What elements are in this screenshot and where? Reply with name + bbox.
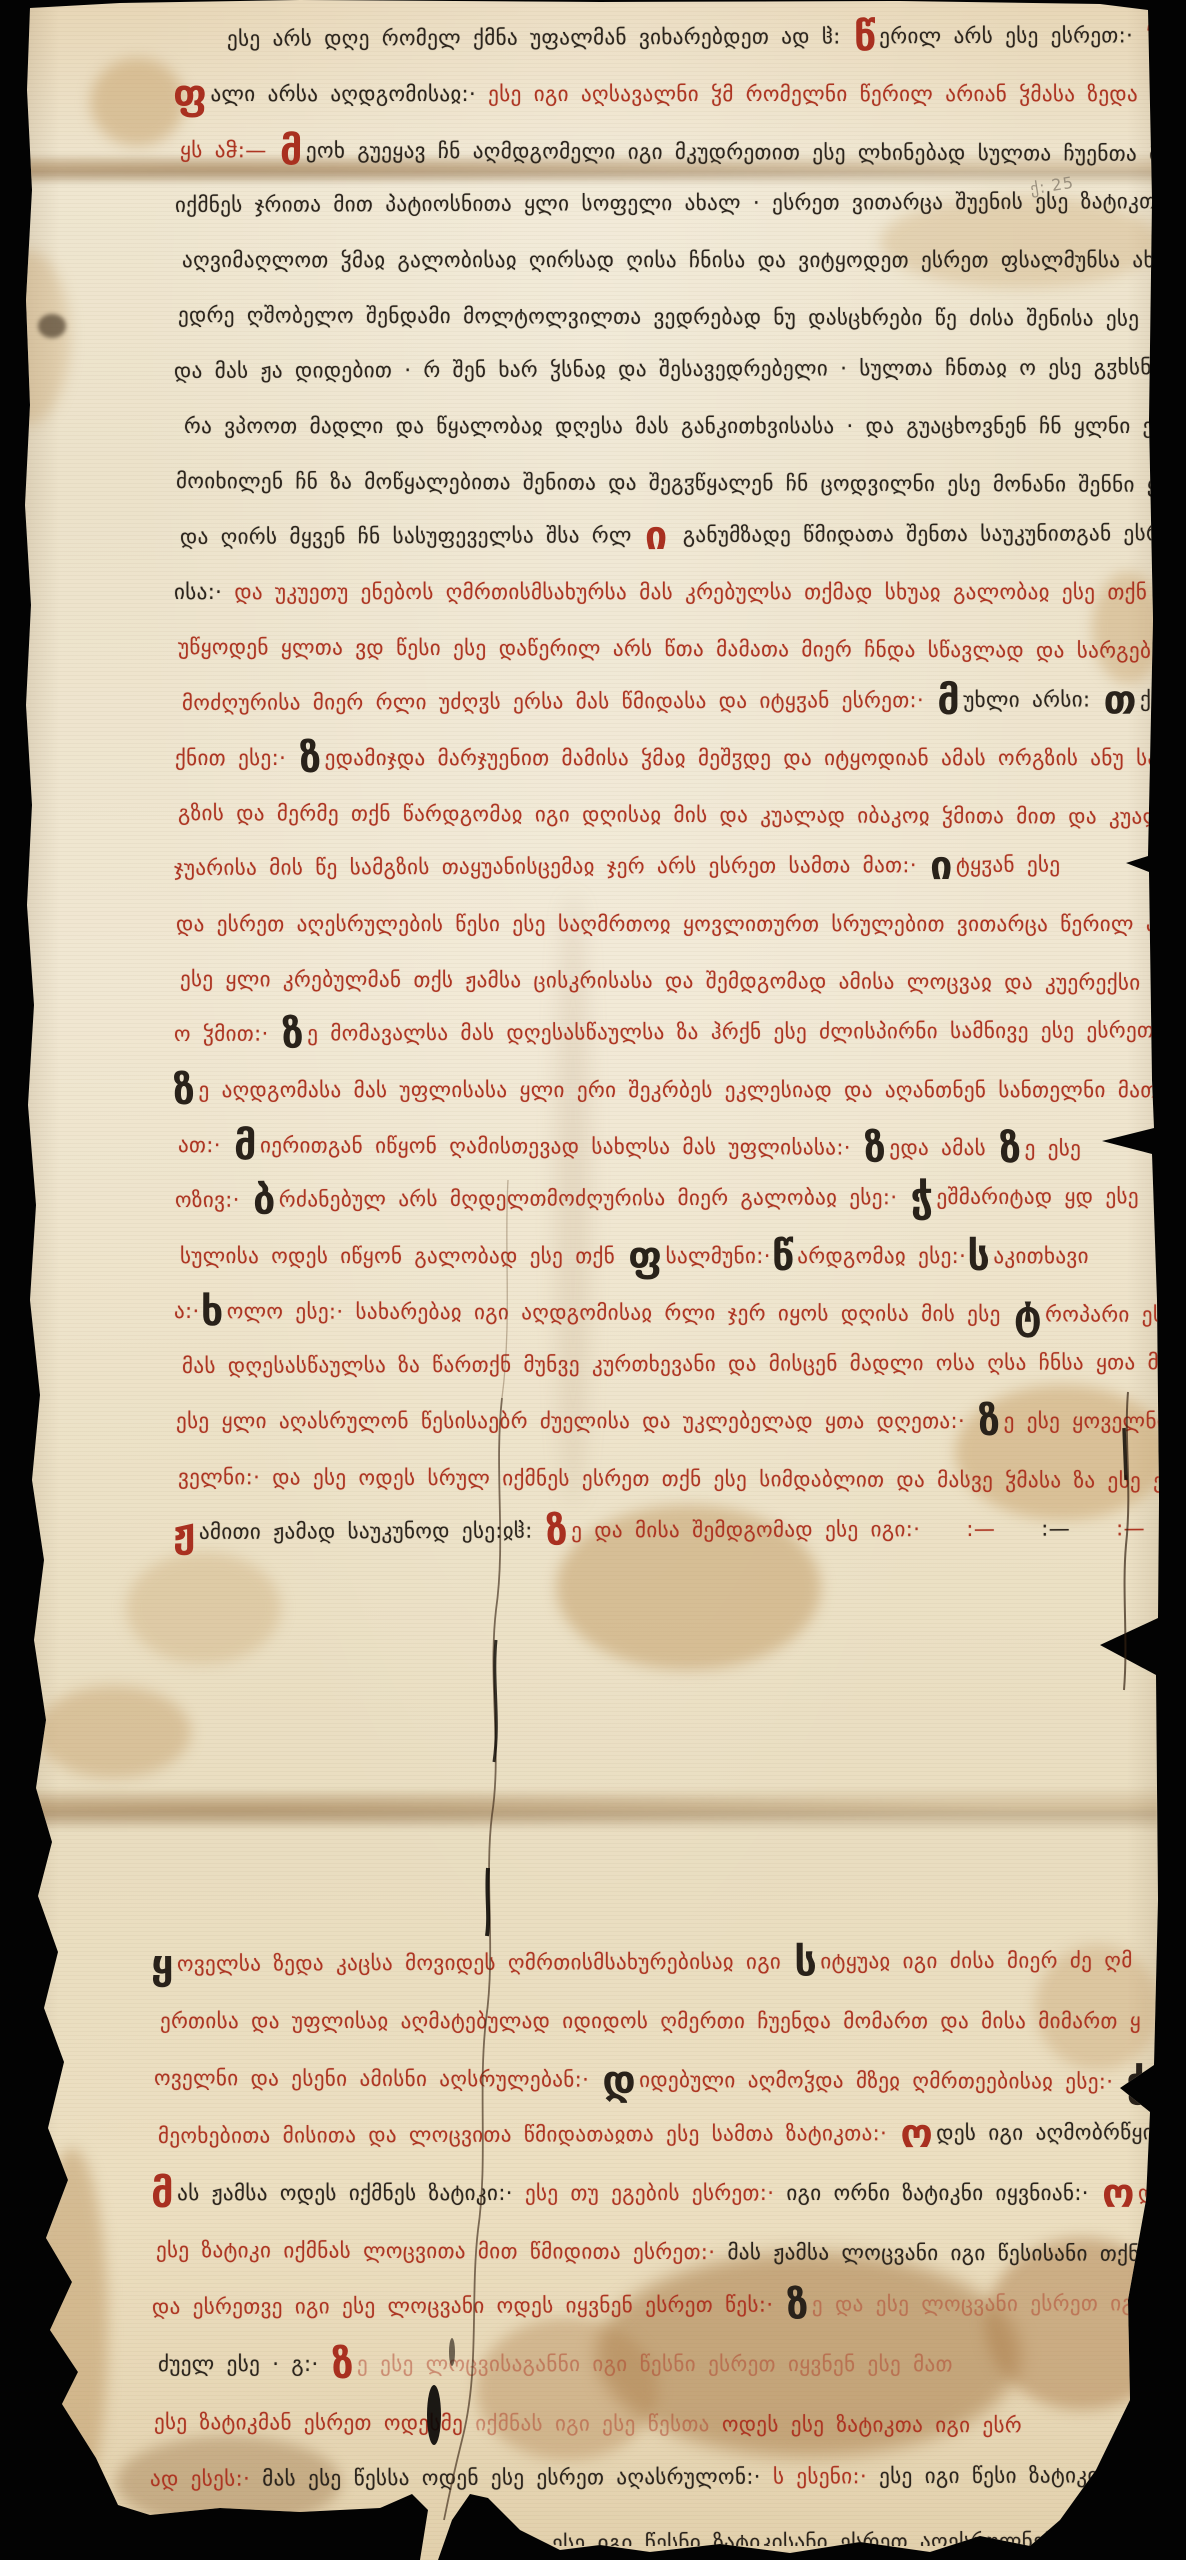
initial-capital: მ bbox=[937, 678, 960, 724]
text-line: ო ჴმით:· ზე მომავალსა მას დღესასწაულსა ზ… bbox=[172, 1003, 1186, 1063]
text-line: მოიხილენ ჩნ ზა მოწყალებითა შენითა და შეგ… bbox=[172, 454, 1186, 514]
ink-text: სალმუნი:· bbox=[666, 1244, 771, 1268]
initial-capital: ყ bbox=[151, 1942, 174, 1988]
text-line: ყოველსა ზედა კაცსა მოვიდეს ღმრთისმსახურე… bbox=[150, 1931, 1186, 1993]
ink-text: ს ესენი:· bbox=[773, 2464, 879, 2488]
text-line: ქნით ესე:· ზედამიჯდა მარჯუენით მამისა ჴმ… bbox=[172, 731, 1186, 786]
initial-capital: მ bbox=[280, 128, 303, 174]
ink-text: ო ჴმით:· bbox=[174, 1022, 281, 1046]
initial-capital: ი bbox=[645, 513, 668, 559]
text-line: ზე აღდგომასა მას უფლისასა ყლი ერი შეკრბე… bbox=[172, 1063, 1186, 1118]
ink-text: ე ესე ყოველნივე bbox=[1004, 1409, 1186, 1433]
text-line: ად ესეს:· მას ესე წესსა ოდენ ესე ესრეთ ა… bbox=[150, 2446, 1186, 2508]
stain-blotch bbox=[126, 1552, 281, 1664]
ink-text: და უკუეთუ ენებოს ღმრთისმსახურსა მას კრებ… bbox=[234, 580, 1186, 604]
text-line: ყს აჵ:— მეოხ გუეყავ ჩნ აღმდგომელი იგი მკ… bbox=[172, 123, 1186, 183]
ink-text: ე და მისა შემდგომად ესე იგი:· bbox=[571, 1517, 920, 1542]
initial-capital: ო bbox=[1102, 2171, 1135, 2217]
text-line: ველნი:· და ესე ოდეს სრულ იქმნეს ესრეთ თქ… bbox=[172, 1450, 1186, 1510]
ink-text: ეშ და bbox=[1152, 2070, 1186, 2094]
text-line: მოძღურისა მიერ რლი უძღჳს ერსა მას წმიდას… bbox=[172, 671, 1186, 731]
ink-text: უწყოდენ ყლთა ვდ წესი ესე დაწერილ არს წთა… bbox=[178, 635, 1186, 663]
ink-text: არდგომაჲ ესე:· bbox=[797, 1244, 966, 1268]
initial-capital: ზ bbox=[999, 1126, 1022, 1172]
ink-text: განუმზადე წმიდათა შენთა საუკუნითგან ესრე… bbox=[671, 521, 1186, 547]
initial-capital: ჭ bbox=[910, 1175, 933, 1221]
ink-text: დეს იგი აღმობრწყინდეს ზატიკნი:— bbox=[936, 2119, 1186, 2145]
ink-text: :— bbox=[1116, 1516, 1145, 1540]
ink-text: ესე იგი წესნი ზატიკისანი ესრეთ აღესრულნე… bbox=[552, 2529, 1152, 2546]
ink-text: ოველნი და ესენი ამისნი აღსრულებან:· bbox=[154, 2066, 601, 2092]
ink-text: მოიხილენ ჩნ ზა მოწყალებითა შენითა და შეგ… bbox=[176, 469, 1186, 497]
initial-capital: წ bbox=[854, 14, 877, 60]
initial-capital: ს bbox=[967, 1234, 990, 1280]
initial-capital: ზ bbox=[546, 1508, 569, 1554]
ink-text: რძანებულ არს მღდელთმოძღურისა მიერ გალობა… bbox=[279, 1185, 910, 1211]
ink-text: იტყუაჲ იგი ძისა მიერ ძე ღმ bbox=[820, 1948, 1132, 1973]
initial-capital: ტ bbox=[1014, 1292, 1043, 1338]
initial-capital: ზ bbox=[332, 2342, 354, 2388]
ink-text: იქმნას იგი ესე წესთა bbox=[475, 2411, 722, 2436]
text-line: ჟამითი ჟამად საუკუნოდ ესე:ჲჱ: ზე და მისა… bbox=[172, 1500, 1186, 1560]
text-line: ისა:· და უკუეთუ ენებოს ღმრთისმსახურსა მა… bbox=[172, 565, 1186, 620]
ink-text: ქნით ესე:· bbox=[175, 746, 298, 770]
ink-text: მას დღესასწაულსა ზა წართქნ მუნვე კურთხევ… bbox=[182, 1350, 1186, 1378]
ink-text: ე ესე bbox=[1025, 1136, 1082, 1160]
initial-capital: ხ bbox=[201, 1289, 224, 1335]
ink-text: მოძღურისა მიერ რლი უძღჳს ერსა მას წმიდას… bbox=[182, 688, 936, 715]
ink-text: :— bbox=[966, 1517, 995, 1541]
initial-capital: უ bbox=[1146, 13, 1170, 59]
initial-capital: ზ bbox=[978, 1399, 1000, 1445]
text-line: ესე იგი წესნი ზატიკისანი ესრეთ აღესრულნე… bbox=[552, 2528, 1152, 2546]
ink-text: ესე ზატიკმან ესრეთ ოდესმე bbox=[154, 2410, 475, 2435]
ink-text: ესე არს დღე რომელ ქმნა უფალმან ვიხარებდე… bbox=[227, 24, 853, 50]
text-line: და მას ჟა დიდებით · რ შენ ხარ ჴსნაჲ და შ… bbox=[172, 339, 1186, 399]
ink-text: ოლო ესე:· სახარებაჲ იგი აღდგომისაჲ რლი ჯ… bbox=[227, 1299, 1013, 1326]
ink-text: ად ესეს:· bbox=[150, 2466, 262, 2490]
ink-text: აკითხავი bbox=[993, 1244, 1089, 1268]
ink-text: და ღირს მყვენ ჩნ სასუფეველსა შსა რლ bbox=[180, 523, 644, 549]
text-line: ესე ყლი აღასრულონ წესისაებრ ძუელისა და უ… bbox=[172, 1394, 1186, 1449]
initial-capital: ი bbox=[930, 843, 953, 889]
ink-text: ედამიჯდა მარჯუენით მამისა ჴმაჲ მეშჳდე და… bbox=[325, 746, 1186, 770]
text-line: აღვიმაღლოთ ჴმაჲ გალობისაჲ ღირსად ღისა ჩნ… bbox=[172, 233, 1186, 288]
manuscript-sheet: ესე არს დღე რომელ ქმნა უფალმან ვიხარებდე… bbox=[0, 0, 1186, 2560]
ink-text: ათ:· bbox=[178, 1133, 233, 1157]
ink-text: აღვიმაღლოთ ჴმაჲ გალობისაჲ ღირსად ღისა ჩნ… bbox=[182, 248, 1186, 272]
ink-text: ესე ყლი აღასრულონ წესისაებრ ძუელისა და უ… bbox=[176, 1409, 977, 1433]
text-line: ფალი არსა აღდგომისაჲ:· ესე იგი აღსავალნი… bbox=[172, 67, 1186, 122]
ink-text: ედა ამას bbox=[889, 1136, 998, 1160]
ink-text: დესმე უფლისა მიერ ესე bbox=[1138, 2181, 1186, 2205]
ink-text: ეოხ გუეყავ ჩნ აღმდგომელი იგი მკუდრეთით ე… bbox=[306, 138, 1186, 166]
lower-text-block: ყოველსა ზედა კაცსა მოვიდეს ღმრთისმსახურე… bbox=[150, 1936, 1186, 2508]
initial-capital: ჟ bbox=[173, 1510, 196, 1556]
ink-text: ედრე ღშობელო შენდამი მოლტოლვილთა ვედრება… bbox=[178, 304, 1186, 332]
fold-seam bbox=[26, 1786, 1158, 1832]
ink-text: ე ესე ლოცვისაგანნი იგი წესნი ესრეთ იყვნე… bbox=[357, 2352, 953, 2376]
ink-text: ესე ზატიკი იქმნას ლოცვითა მით წმიდითა ეს… bbox=[156, 2238, 728, 2264]
ink-text: ჯუარისა მის წე სამგზის თაყუანისცემაჲ ჯერ… bbox=[174, 854, 929, 881]
initial-capital: ფ bbox=[628, 1234, 662, 1280]
initial-capital: ზ bbox=[299, 736, 321, 782]
ink-text: იდებული აღმოჴდა მზეჲ ღმრთეებისაჲ ესე:· bbox=[639, 2068, 1125, 2094]
ink-text: ას ჟამსა ოდეს იქმნეს ზატიკი:· bbox=[177, 2181, 525, 2205]
initial-capital: ზ bbox=[864, 1126, 887, 1172]
ink-text: მეოხებითა მისითა და ლოცვითა წმიდათაჲთა ე… bbox=[158, 2121, 899, 2148]
ink-text: მას ჟამსა ლოცვანი იგი წესისანი თქნენ:· bbox=[727, 2240, 1186, 2266]
initial-capital: მ bbox=[234, 1123, 257, 1169]
text-line: ერთისა და უფლისაჲ აღმატებულად იდიდოს ღმე… bbox=[150, 1993, 1186, 2050]
text-line: ედრე ღშობელო შენდამი მოლტოლვილთა ვედრება… bbox=[172, 288, 1186, 348]
text-line: ძუელ ესე · გ:· ზე ესე ლოცვისაგანნი იგი წ… bbox=[150, 2336, 1186, 2393]
initial-capital: დ bbox=[602, 2058, 636, 2104]
ink-text: უხლი არსი: bbox=[963, 687, 1102, 712]
initial-capital: ო bbox=[900, 2111, 933, 2157]
ink-text: როპარი ესე bbox=[1045, 1302, 1175, 1326]
text-line: ესე არს დღე რომელ ქმნა უფალმან ვიხარებდე… bbox=[172, 7, 1186, 67]
initial-capital: ს bbox=[794, 1939, 817, 1985]
text-line: მას ჟამსა ოდეს იქმნეს ზატიკი:· ესე თუ ეგ… bbox=[150, 2165, 1186, 2222]
ink-text: ისა:· bbox=[174, 580, 234, 604]
initial-capital: წ bbox=[772, 1234, 795, 1280]
text-line: ოველნი და ესენი ამისნი აღსრულებან:· დიდე… bbox=[150, 2050, 1186, 2112]
text-line: ჯუარისა მის წე სამგზის თაყუანისცემაჲ ჯერ… bbox=[172, 837, 1186, 897]
text-line: და ესრეთვე იგი ესე ლოცვანი ოდეს იყვნენ ე… bbox=[150, 2274, 1186, 2336]
ink-text: გზის და მერმე თქნ წარდგომაჲ იგი დღისაჲ მ… bbox=[178, 801, 1186, 829]
initial-capital: ზ bbox=[282, 1012, 305, 1058]
text-line: უწყოდენ ყლთა ვდ წესი ესე დაწერილ არს წთა… bbox=[172, 620, 1186, 680]
ink-text: ყს აჵ:— bbox=[180, 138, 279, 162]
text-line: და ღირს მყვენ ჩნ სასუფეველსა შსა რლ ი გა… bbox=[172, 505, 1186, 565]
ink-text: ოზივ:· bbox=[175, 1188, 252, 1212]
text-line: და ესრეთ აღესრულების წესი ესე საღმრთოჲ ყ… bbox=[172, 897, 1186, 952]
stain-smudge bbox=[38, 314, 66, 338]
text-line: მეოხებითა მისითა და ლოცვითა წმიდათაჲთა ე… bbox=[150, 2103, 1186, 2165]
stain-blotch bbox=[90, 58, 185, 146]
ink-text: ე აღდგომასა მას უფლისასა ყლი ერი შეკრბეს… bbox=[198, 1078, 1186, 1102]
text-line: რა ვპოოთ მადლი და წყალობაჲ დღესა მას გან… bbox=[172, 399, 1186, 454]
ink-text: ე მომავალსა მას დღესასწაულსა ზა ჰრქნ ესე… bbox=[307, 1018, 1176, 1045]
ink-text: ამითი ჟამად საუკუნოდ ესე:ჲჱ: bbox=[199, 1519, 545, 1544]
ink-text: ეშმარიტად ყდ ესე bbox=[936, 1185, 1139, 1210]
ink-text: იგი ორნი ზატიკნი იყვნიან:· bbox=[786, 2181, 1101, 2205]
initial-capital: ჭ bbox=[1126, 2060, 1149, 2106]
ink-text: ოდეს ესე ზატიკთა იგი ესრ bbox=[722, 2412, 1022, 2437]
ink-text: იერითგან იწყონ ღამისთევად სახლსა მას უფლ… bbox=[260, 1133, 863, 1159]
ink-text: ესე იგი აღსავალნი ჴმ რომელნი წერილ არიან… bbox=[488, 82, 1186, 106]
text-line: მას დღესასწაულსა ზა წართქნ მუნვე კურთხევ… bbox=[172, 1335, 1186, 1395]
ink-text: ე და ესე ლოცვანი ესრეთ იგი bbox=[812, 2291, 1146, 2316]
initial-capital: თ bbox=[1103, 677, 1137, 723]
ink-text: ალი არსა აღდგომისაჲ:· bbox=[210, 82, 488, 106]
ink-text: ძუელ ესე · გ:· bbox=[158, 2352, 331, 2376]
ink-text: მას ესე წესსა ოდენ ესე ესრეთ აღასრულონ:· bbox=[262, 2464, 773, 2490]
ink-text: ერთისა და უფლისაჲ აღმატებულად იდიდოს ღმე… bbox=[160, 2009, 1141, 2033]
ink-text: ერილ არს ესე ესრეთ:· bbox=[879, 23, 1145, 48]
ink-text: ოველსა ზედა კაცსა მოვიდეს ღმრთისმსახურებ… bbox=[177, 1950, 793, 1976]
upper-text-block: ესე არს დღე რომელ ქმნა უფალმან ვიხარებდე… bbox=[172, 12, 1186, 1560]
initial-capital: ბ bbox=[253, 1178, 276, 1224]
ink-text: ესე ყლი კრებულმან თქს ჟამსა ცისკრისასა დ… bbox=[180, 967, 1186, 995]
initial-capital: ზ bbox=[173, 1068, 195, 1114]
initial-capital: ზ bbox=[786, 2283, 809, 2329]
torn-bottom-partial-line: ესე იგი წესნი ზატიკისანი ესრეთ აღესრულნე… bbox=[552, 2528, 1152, 2546]
ink-text: და ესრეთ აღესრულების წესი ესე საღმრთოჲ ყ… bbox=[176, 912, 1186, 936]
ink-text: და მას ჟა დიდებით · რ შენ ხარ ჴსნაჲ და შ… bbox=[174, 355, 1186, 383]
initial-capital: ფ bbox=[173, 72, 207, 118]
ink-text: ველნი:· და ესე ოდეს სრულ იქმნეს ესრეთ თქ… bbox=[178, 1465, 1186, 1493]
ink-text: რა ვპოოთ მადლი და წყალობაჲ დღესა მას გან… bbox=[184, 414, 1186, 438]
ink-text: ქ bbox=[1140, 687, 1151, 711]
ink-text: ესე იგი წესი ზატიკისაჲ ესრ bbox=[879, 2463, 1184, 2488]
text-line: ოზივ:· ბრძანებულ არს მღდელთმოძღურისა მიე… bbox=[172, 1169, 1186, 1229]
ink-text: ესე თუ ეგების ესრეთ:· bbox=[525, 2181, 786, 2205]
ink-text: და ესრეთვე იგი ესე ლოცვანი ოდეს იყვნენ ე… bbox=[152, 2293, 786, 2319]
stain-blotch bbox=[0, 250, 70, 425]
text-line: ესე ზატიკმან ესრეთ ოდესმე იქმნას იგი ესე… bbox=[150, 2394, 1186, 2456]
ink-text: გალობდეთ ღჲსა:· bbox=[1173, 22, 1186, 47]
ink-text: ტყჳან ესე bbox=[956, 853, 1061, 877]
stain-blotch bbox=[36, 1686, 191, 1778]
ink-text: ა:· bbox=[174, 1299, 200, 1323]
ink-text: სულისა ოდეს იწყონ გალობად ესე თქნ bbox=[180, 1244, 627, 1268]
stain-edge-band bbox=[36, 2148, 108, 2513]
ink-text: :— bbox=[1041, 1517, 1070, 1541]
text-line: სულისა ოდეს იწყონ გალობად ესე თქნ ფსალმუ… bbox=[172, 1229, 1186, 1284]
initial-capital: მ bbox=[151, 2171, 174, 2217]
